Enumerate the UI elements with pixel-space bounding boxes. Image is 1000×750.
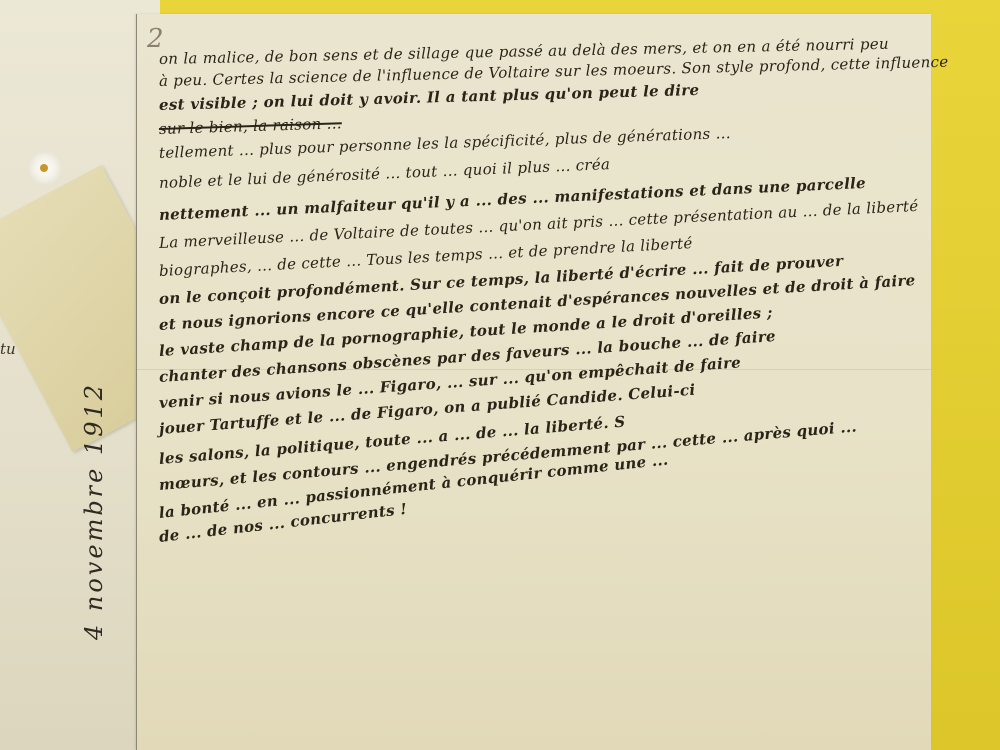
margin-date: 4 novembre 1912	[80, 382, 108, 640]
photo-scene: tu 4 novembre 1912 2 on la malice, de bo…	[0, 0, 1000, 750]
rust-spot	[40, 164, 48, 172]
handwritten-line: sur le bien, la raison ...	[159, 114, 342, 138]
handwritten-line: noble et le lui de générosité ... tout .…	[159, 155, 611, 192]
manuscript-page: 2 on la malice, de bon sens et de sillag…	[136, 14, 931, 750]
under-sheet-handwriting: tu	[0, 340, 16, 358]
